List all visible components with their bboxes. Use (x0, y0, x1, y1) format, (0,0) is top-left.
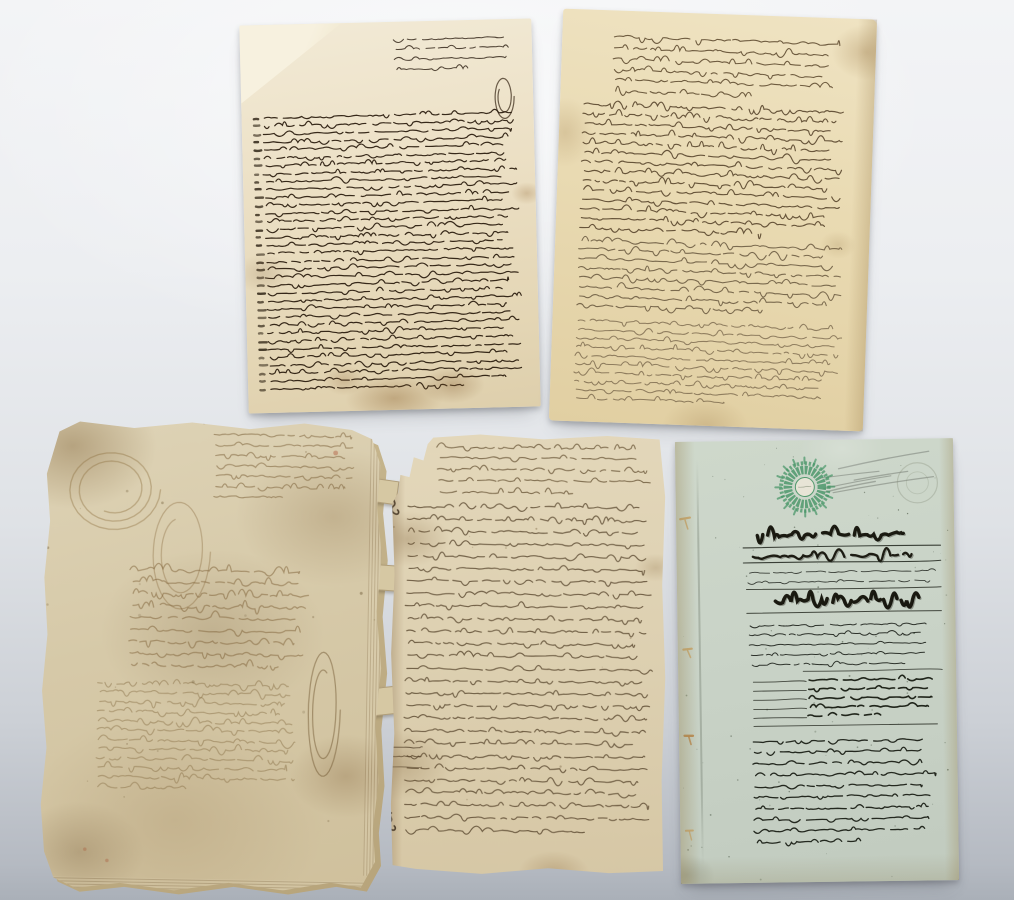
handwriting-layer (38, 417, 386, 895)
manuscript-bottom-middle (388, 433, 668, 877)
manuscript-top-right (549, 9, 877, 432)
certificate-bottom-right (675, 438, 959, 884)
manuscript-top-left (239, 18, 540, 413)
photo-of-manuscripts (0, 0, 1014, 900)
handwriting-layer (675, 438, 959, 884)
handwriting-layer (239, 18, 540, 413)
handwriting-layer (388, 433, 668, 877)
handwriting-layer (549, 9, 877, 432)
manuscript-bundle-bottom-left (38, 417, 386, 895)
